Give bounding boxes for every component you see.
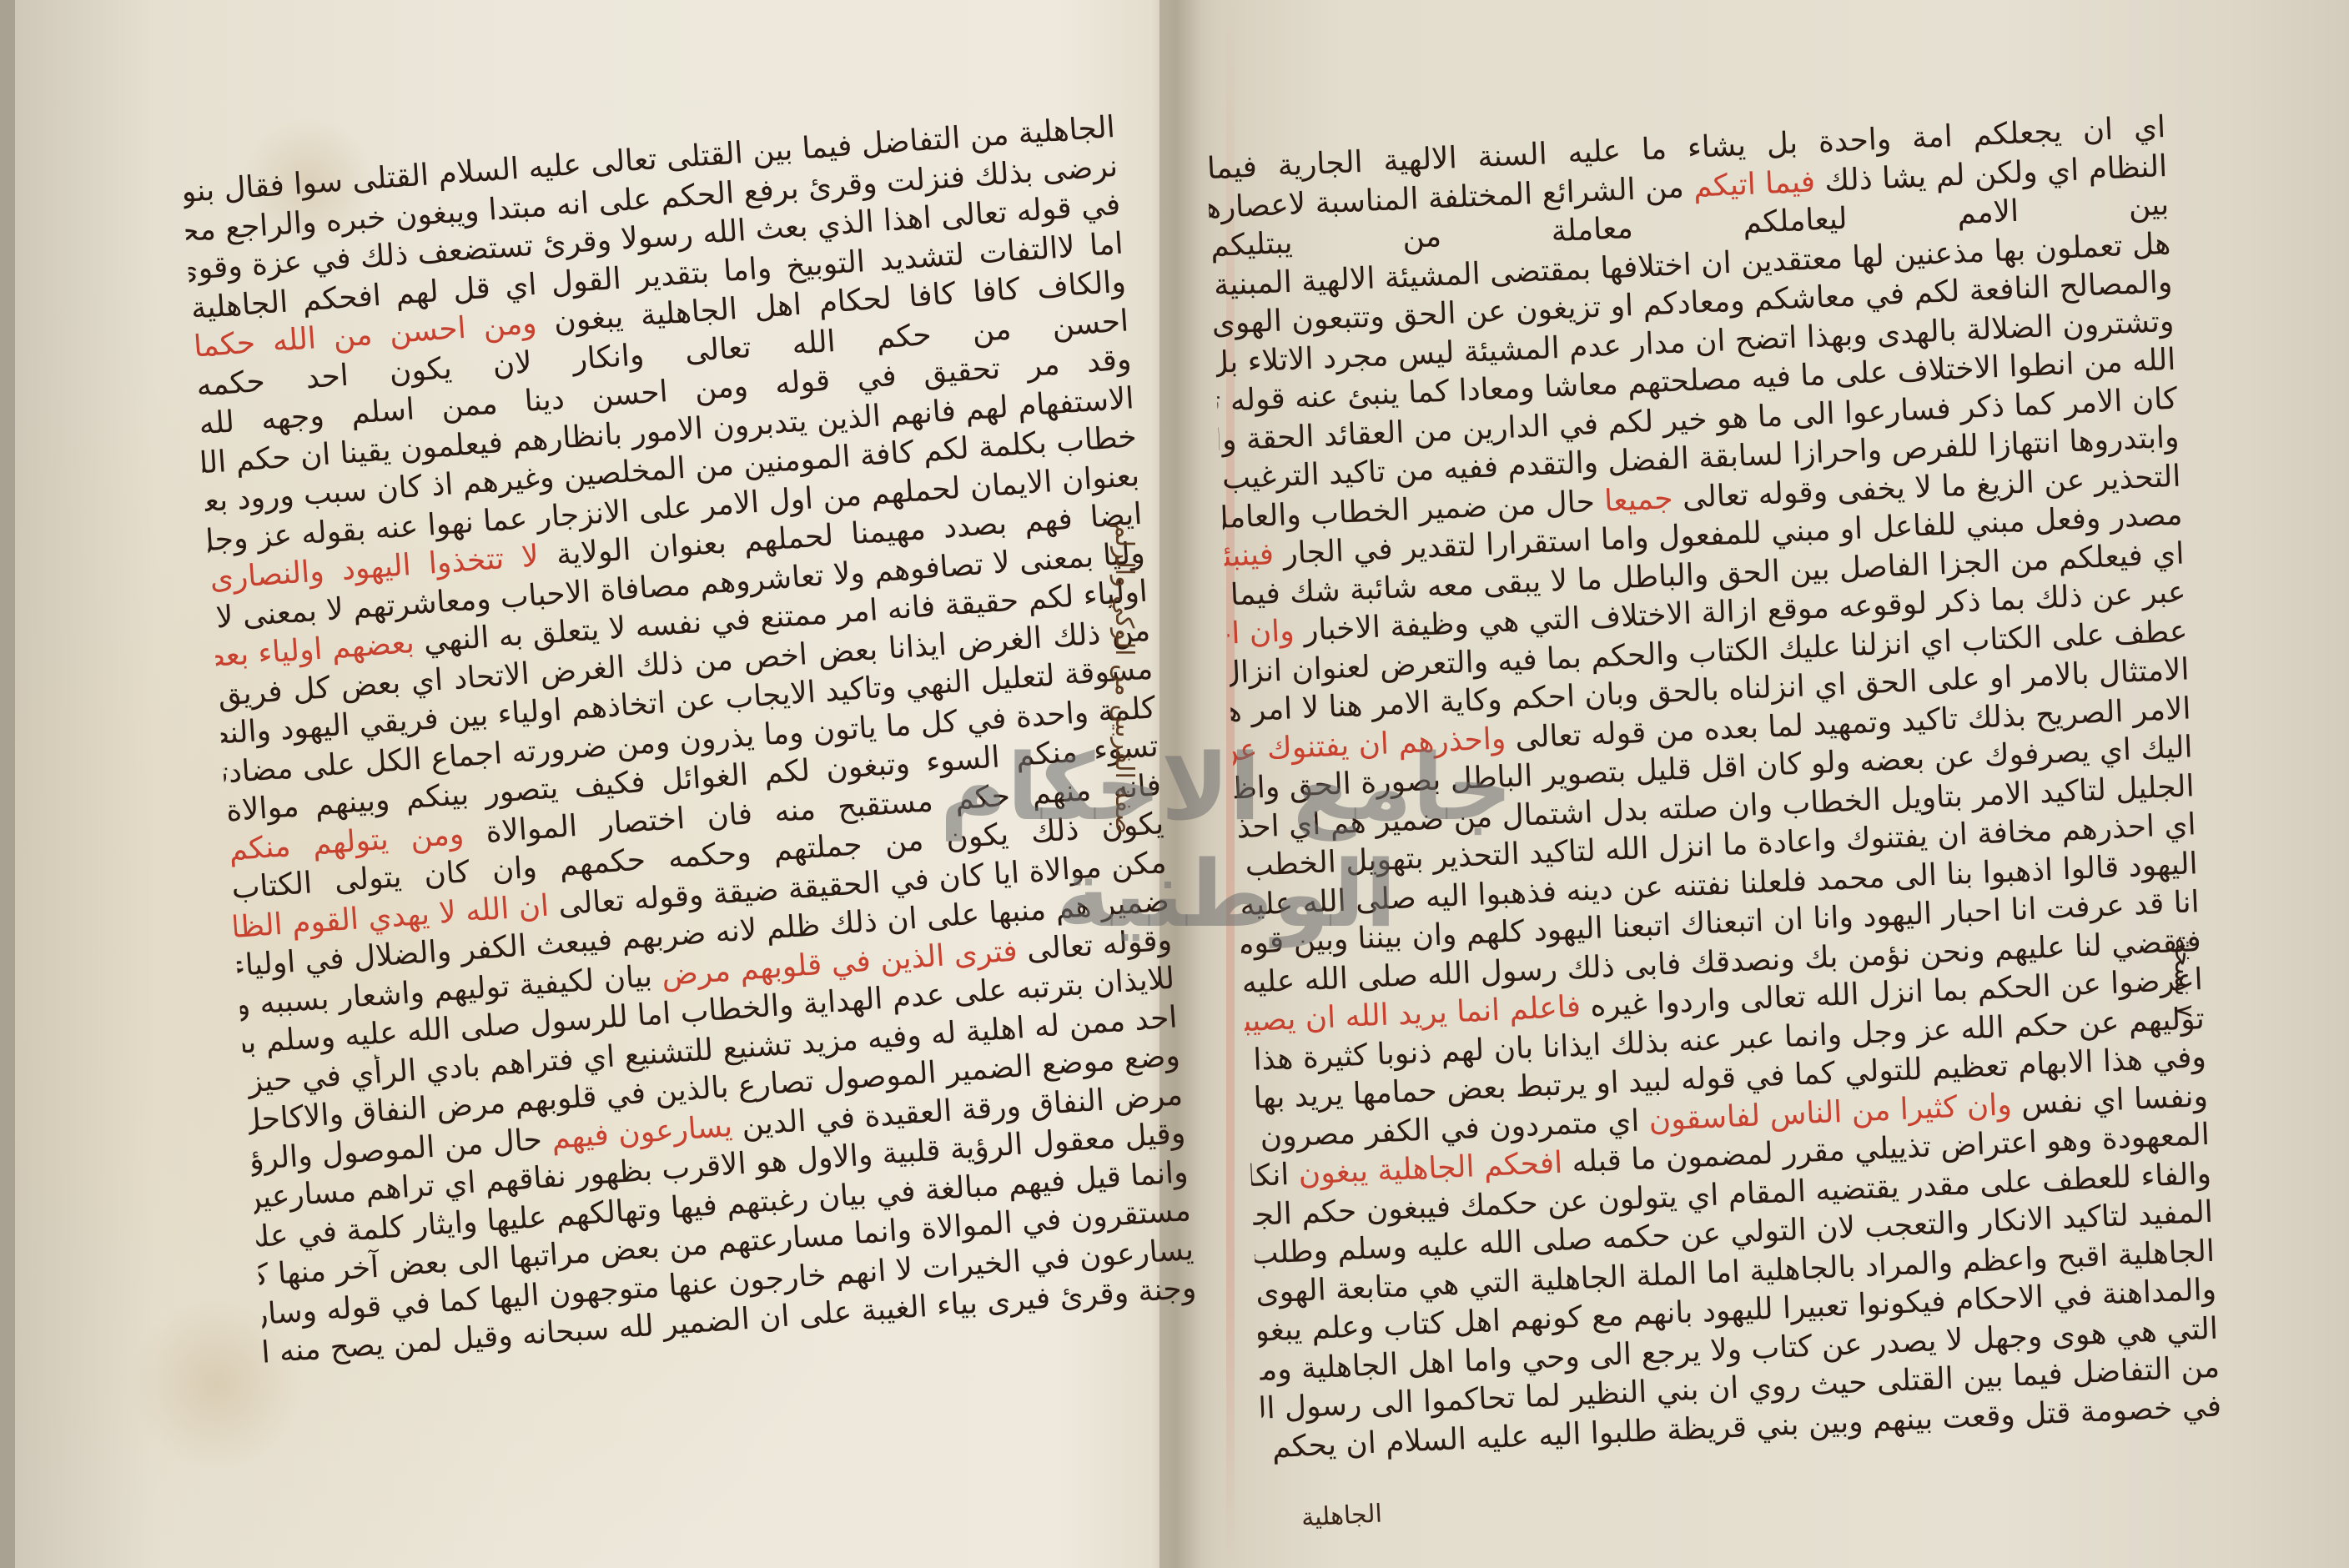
rubric-text: جميعا	[1603, 481, 1673, 519]
right-margin-note: ٧ نسخة	[2169, 917, 2198, 1018]
manuscript-spread: الجاهلية من التفاضل فيما بين القتلى تعال…	[0, 0, 2349, 1568]
catchword: الجاهلية	[1300, 1499, 1383, 1532]
right-page-text: اي ان يجعلكم امة واحدة بل يشاء ما عليه ا…	[1206, 108, 2222, 1468]
rubric-text: فينبئكم بما كنتم فيه تختلفون	[1223, 537, 1274, 576]
left-margin-note: صفة القربين من الوكي والزلم	[1109, 534, 1139, 834]
left-page-text: الجاهلية من التفاضل فيما بين القتلى تعال…	[182, 108, 1198, 1373]
rubric-text: وان احكم بينهم بما انزل الله	[1226, 614, 1295, 654]
line-text: ونفسا اي نفس	[2020, 1078, 2208, 1121]
line-text: انكار وتعجيب من حالهم وتوبيخ لهم	[1250, 1158, 1290, 1196]
rubric-text: فيما اتيكم	[1693, 164, 1816, 204]
